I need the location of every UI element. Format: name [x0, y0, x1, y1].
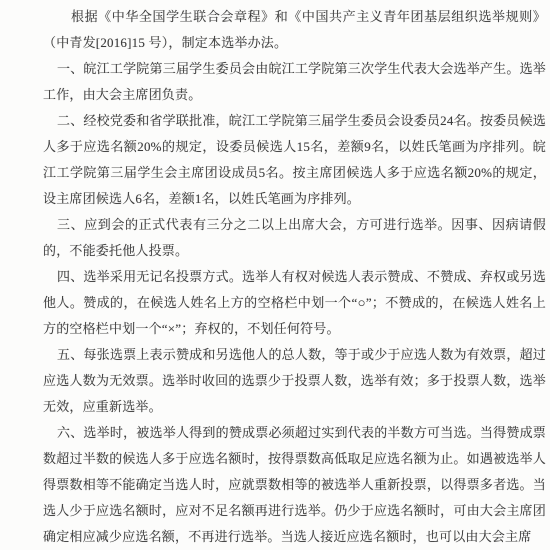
rule-item-2: 二、经校党委和省学联批准，皖江工学院第三届学生委员会设委员24名。按委员候选人多… [43, 108, 546, 212]
rule-item-6: 六、选举时，被选举人得到的赞成票必须超过实到代表的半数方可当选。当得赞成票数超过… [43, 420, 546, 550]
document-page: 根据《中华全国学生联合会章程》和《中国共产主义青年团基层组织选举规则》（中青发[… [0, 0, 550, 550]
rule-item-4: 四、选举采用无记名投票方式。选举人有权对候选人表示赞成、不赞成、弃权或另选他人。… [43, 264, 546, 342]
rule-item-1: 一、皖江工学院第三届学生委员会由皖江工学院第三次学生代表大会选举产生。选举工作，… [43, 56, 546, 108]
rule-item-3: 三、应到会的正式代表有三分之二以上出席大会，方可进行选举。因事、因病请假的，不能… [43, 212, 546, 264]
intro-paragraph: 根据《中华全国学生联合会章程》和《中国共产主义青年团基层组织选举规则》（中青发[… [43, 4, 546, 56]
rule-item-5: 五、每张选票上表示赞成和另选他人的总人数，等于或少于应选人数为有效票，超过应选人… [43, 342, 546, 420]
